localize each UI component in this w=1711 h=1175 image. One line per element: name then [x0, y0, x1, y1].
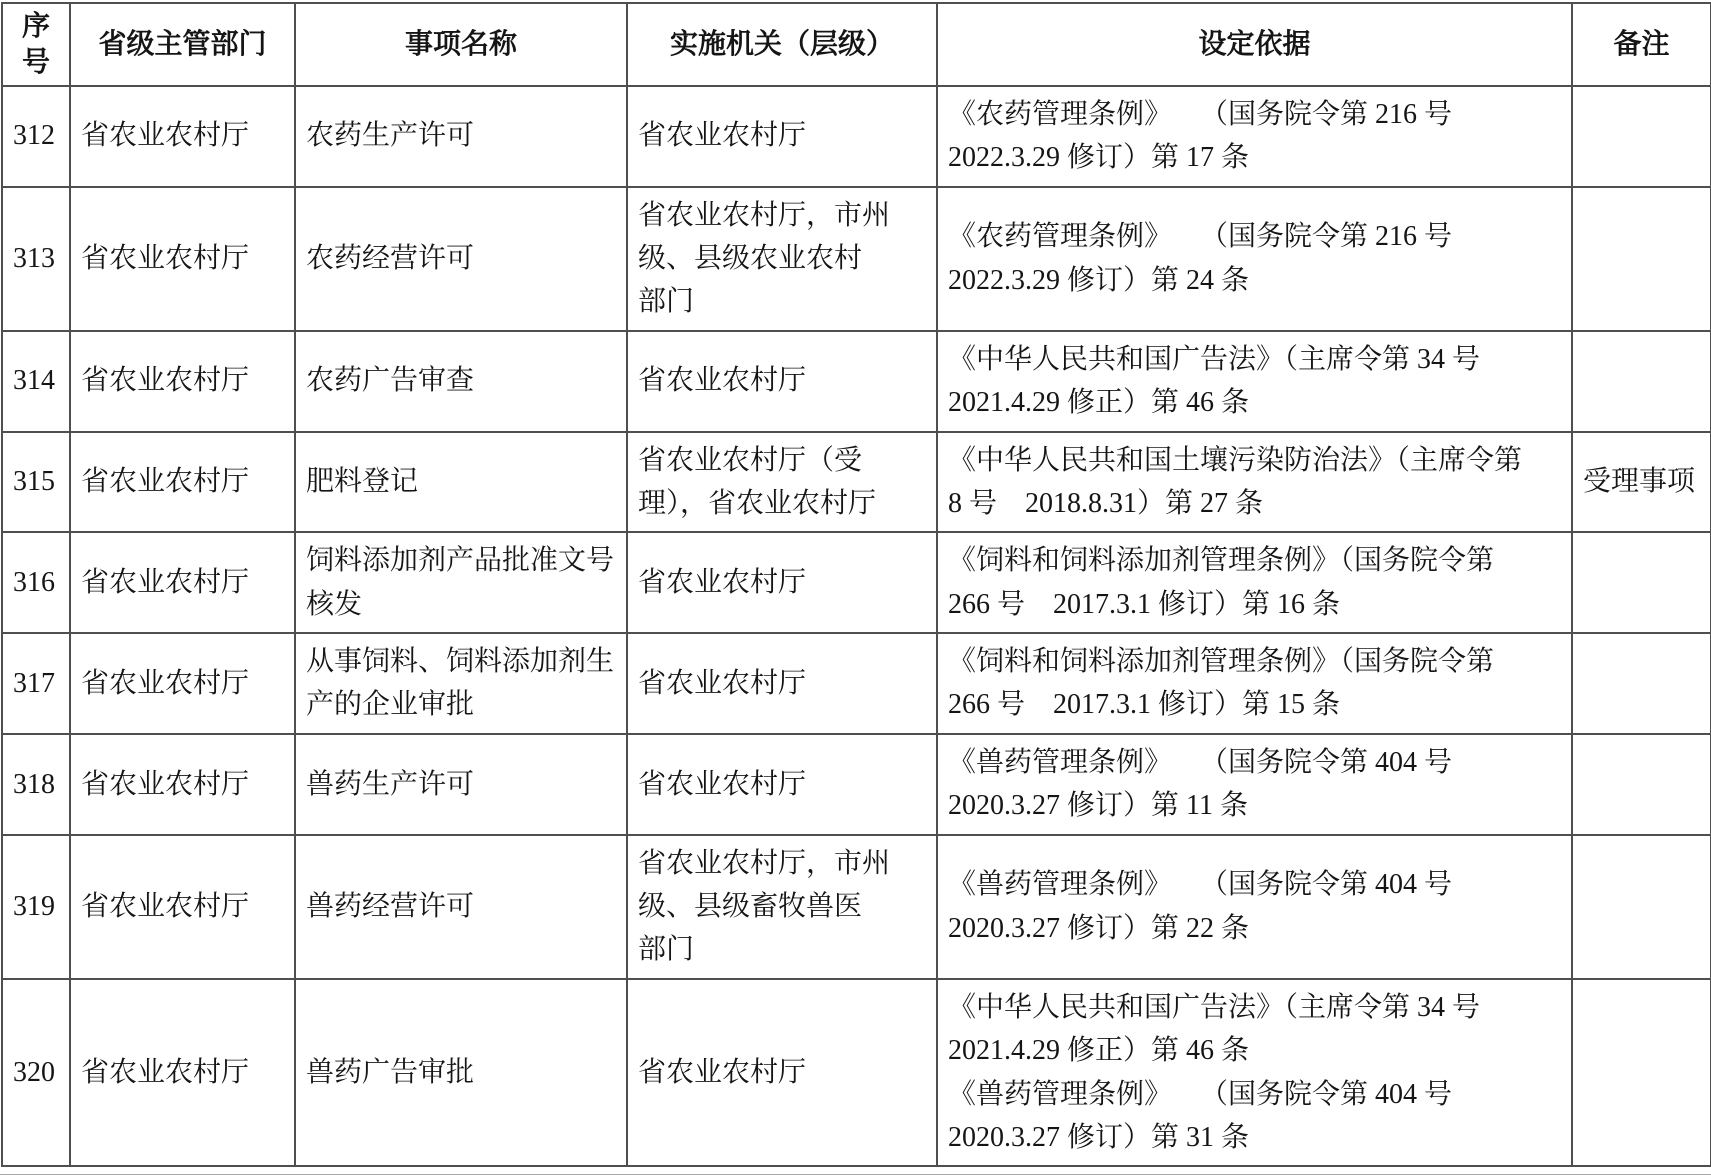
dept-cell: 省农业农村厅 [70, 979, 295, 1167]
note-cell [1572, 331, 1711, 432]
basis-cell: 《兽药管理条例》 （国务院令第 404 号 2020.3.27 修订）第 22 … [937, 835, 1572, 979]
note-cell [1572, 532, 1711, 633]
dept-cell: 省农业农村厅 [70, 633, 295, 734]
agency-cell: 省农业农村厅，市州 级、县级畜牧兽医 部门 [627, 835, 937, 979]
basis-cell: 《饲料和饲料添加剂管理条例》（国务院令第 266 号 2017.3.1 修订）第… [937, 633, 1572, 734]
dept-cell: 省农业农村厅 [70, 187, 295, 331]
item-cell: 从事饲料、饲料添加剂生 产的企业审批 [295, 633, 627, 734]
basis-cell: 《农药管理条例》 （国务院令第 216 号 2022.3.29 修订）第 17 … [937, 86, 1572, 187]
basis-cell: 《中华人民共和国广告法》（主席令第 34 号 2021.4.29 修正）第 46… [937, 331, 1572, 432]
item-cell: 农药广告审查 [295, 331, 627, 432]
agency-cell: 省农业农村厅，市州 级、县级农业农村 部门 [627, 187, 937, 331]
agency-cell: 省农业农村厅 [627, 734, 937, 835]
item-cell: 农药生产许可 [295, 86, 627, 187]
basis-cell: 《兽药管理条例》 （国务院令第 404 号 2020.3.27 修订）第 11 … [937, 734, 1572, 835]
agency-cell: 省农业农村厅 [627, 331, 937, 432]
header-item: 事项名称 [295, 3, 627, 86]
dept-cell: 省农业农村厅 [70, 86, 295, 187]
seq-cell: 312 [2, 86, 70, 187]
basis-cell: 《中华人民共和国土壤污染防治法》（主席令第 8 号 2018.8.31）第 27… [937, 432, 1572, 533]
note-cell [1572, 734, 1711, 835]
item-cell: 兽药广告审批 [295, 979, 627, 1167]
note-cell [1572, 835, 1711, 979]
basis-cell: 《饲料和饲料添加剂管理条例》（国务院令第 266 号 2017.3.1 修订）第… [937, 532, 1572, 633]
dept-cell: 省农业农村厅 [70, 734, 295, 835]
seq-cell: 320 [2, 979, 70, 1167]
dept-cell: 省农业农村厅 [70, 331, 295, 432]
seq-cell: 317 [2, 633, 70, 734]
table-row: 314 省农业农村厅 农药广告审查 省农业农村厅 《中华人民共和国广告法》（主席… [2, 331, 1711, 432]
basis-cell: 《中华人民共和国广告法》（主席令第 34 号 2021.4.29 修正）第 46… [937, 979, 1572, 1167]
table-row: 318 省农业农村厅 兽药生产许可 省农业农村厅 《兽药管理条例》 （国务院令第… [2, 734, 1711, 835]
header-dept: 省级主管部门 [70, 3, 295, 86]
note-cell: 受理事项 [1572, 432, 1711, 533]
item-cell: 兽药生产许可 [295, 734, 627, 835]
seq-cell: 319 [2, 835, 70, 979]
note-cell [1572, 633, 1711, 734]
header-agency: 实施机关（层级） [627, 3, 937, 86]
header-row: 序号 省级主管部门 事项名称 实施机关（层级） 设定依据 备注 [2, 3, 1711, 86]
agency-cell: 省农业农村厅 [627, 86, 937, 187]
table-row: 316 省农业农村厅 饲料添加剂产品批准文号 核发 省农业农村厅 《饲料和饲料添… [2, 532, 1711, 633]
document-page: 序号 省级主管部门 事项名称 实施机关（层级） 设定依据 备注 312 省农业农… [0, 2, 1711, 1175]
agency-cell: 省农业农村厅（受 理），省农业农村厅 [627, 432, 937, 533]
dept-cell: 省农业农村厅 [70, 532, 295, 633]
approval-items-table: 序号 省级主管部门 事项名称 实施机关（层级） 设定依据 备注 312 省农业农… [1, 2, 1711, 1167]
note-cell [1572, 187, 1711, 331]
seq-cell: 313 [2, 187, 70, 331]
table-row: 317 省农业农村厅 从事饲料、饲料添加剂生 产的企业审批 省农业农村厅 《饲料… [2, 633, 1711, 734]
seq-cell: 315 [2, 432, 70, 533]
basis-cell: 《农药管理条例》 （国务院令第 216 号 2022.3.29 修订）第 24 … [937, 187, 1572, 331]
seq-cell: 314 [2, 331, 70, 432]
agency-cell: 省农业农村厅 [627, 633, 937, 734]
table-row: 315 省农业农村厅 肥料登记 省农业农村厅（受 理），省农业农村厅 《中华人民… [2, 432, 1711, 533]
table-row: 320 省农业农村厅 兽药广告审批 省农业农村厅 《中华人民共和国广告法》（主席… [2, 979, 1711, 1167]
seq-cell: 316 [2, 532, 70, 633]
header-note: 备注 [1572, 3, 1711, 86]
dept-cell: 省农业农村厅 [70, 432, 295, 533]
item-cell: 兽药经营许可 [295, 835, 627, 979]
item-cell: 肥料登记 [295, 432, 627, 533]
note-cell [1572, 979, 1711, 1167]
note-cell [1572, 86, 1711, 187]
table-row: 312 省农业农村厅 农药生产许可 省农业农村厅 《农药管理条例》 （国务院令第… [2, 86, 1711, 187]
header-basis: 设定依据 [937, 3, 1572, 86]
seq-cell: 318 [2, 734, 70, 835]
agency-cell: 省农业农村厅 [627, 979, 937, 1167]
item-cell: 饲料添加剂产品批准文号 核发 [295, 532, 627, 633]
table-row: 319 省农业农村厅 兽药经营许可 省农业农村厅，市州 级、县级畜牧兽医 部门 … [2, 835, 1711, 979]
agency-cell: 省农业农村厅 [627, 532, 937, 633]
header-seq: 序号 [2, 3, 70, 86]
item-cell: 农药经营许可 [295, 187, 627, 331]
dept-cell: 省农业农村厅 [70, 835, 295, 979]
table-row: 313 省农业农村厅 农药经营许可 省农业农村厅，市州 级、县级农业农村 部门 … [2, 187, 1711, 331]
